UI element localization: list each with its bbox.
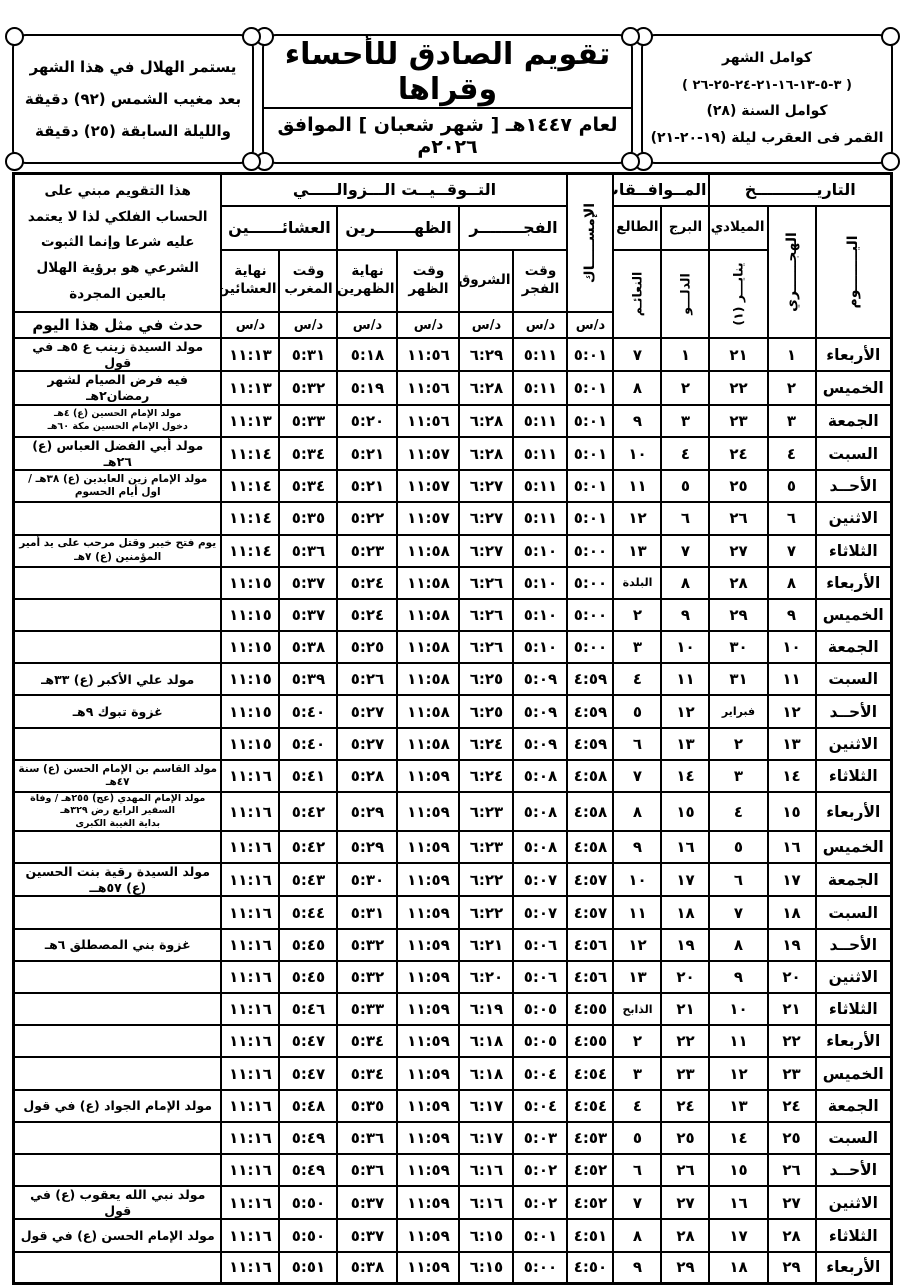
- fajr-time-cell: ٥:٠١: [513, 1219, 567, 1251]
- fajr-time-cell: ٥:٠٧: [513, 863, 567, 896]
- fajr-time-cell: ٥:١٠: [513, 567, 567, 599]
- tali-day-cell: البلدة: [613, 567, 661, 599]
- fajr-unit: د/س: [513, 312, 567, 338]
- imsak-time-cell: ٤:٥٠: [567, 1252, 613, 1284]
- hijri-date-cell: ٢٦: [768, 1154, 816, 1186]
- burj-day-cell: ١٤: [661, 760, 709, 792]
- maghrib-time-cell: ٥:٤٩: [279, 1154, 337, 1186]
- month-completions-box: كوامل الشهر ( ٣-٥-١٣-١٦-٢١-٢٤-٢٥-٢٦ ) كو…: [641, 34, 893, 164]
- table-row: الأحــد١٢فبراير١٢٥٤:٥٩٥:٠٩٦:٢٥١١:٥٨٥:٢٧٥…: [14, 695, 892, 727]
- dhuhrain-end-time-cell: ٥:٣٨: [337, 1252, 397, 1284]
- maghrib-time-cell: ٥:٤٥: [279, 929, 337, 961]
- fajr-time-cell: ٥:١١: [513, 470, 567, 502]
- table-row: الأربعاء٢٩١٨٢٩٩٤:٥٠٥:٠٠٦:١٥١١:٥٩٥:٣٨٥:٥١…: [14, 1252, 892, 1284]
- maghrib-time-cell: ٥:٥٠: [279, 1219, 337, 1251]
- burj-day-cell: ١٧: [661, 863, 709, 896]
- title-box: تقويم الصادق للأحساء وقراها لعام ١٤٤٧هـ …: [262, 34, 633, 164]
- gregorian-date-cell: ١١: [709, 1025, 767, 1057]
- maghrib-time-cell: ٥:٤٩: [279, 1122, 337, 1154]
- burj-day-cell: ٢٩: [661, 1252, 709, 1284]
- imsak-time-cell: ٤:٥٢: [567, 1154, 613, 1186]
- gregorian-date-cell: ١٧: [709, 1219, 767, 1251]
- fajr-time-cell: ٥:١١: [513, 405, 567, 437]
- dhuhrain-end-time-cell: ٥:٢٠: [337, 405, 397, 437]
- ishaain-end-time-cell: ١١:١٦: [221, 896, 279, 928]
- gregorian-date-cell: ٢٥: [709, 470, 767, 502]
- tali-day-cell: ١٣: [613, 535, 661, 567]
- tali-day-cell: ١١: [613, 470, 661, 502]
- dhuhr-time-cell: ١١:٥٩: [397, 863, 459, 896]
- maghrib-time-cell: ٥:٣٨: [279, 631, 337, 663]
- fajr-time-cell: ٥:٠٢: [513, 1154, 567, 1186]
- table-row: الخميس١٦٥١٦٩٤:٥٨٥:٠٨٦:٢٣١١:٥٩٥:٢٩٥:٤٢١١:…: [14, 831, 892, 863]
- hijri-date-cell: ١٦: [768, 831, 816, 863]
- dhuhr-time-cell: ١١:٥٧: [397, 437, 459, 470]
- corner-ornament: [881, 152, 900, 171]
- fajr-time-cell: ٥:٠٧: [513, 896, 567, 928]
- header-muwafaqat-group: المــوافــقات: [613, 174, 709, 206]
- ishaain-end-time-cell: ١١:١٦: [221, 1219, 279, 1251]
- gregorian-date-cell: فبراير: [709, 695, 767, 727]
- gregorian-date-cell: ١٦: [709, 1186, 767, 1219]
- sunrise-time-cell: ٦:٢٤: [459, 728, 513, 760]
- dhuhrain-end-unit: د/س: [337, 312, 397, 338]
- dhuhr-time-cell: ١١:٥٨: [397, 631, 459, 663]
- table-row: الخميس٩٢٩٩٢٥:٠٠٥:١٠٦:٢٦١١:٥٨٥:٢٤٥:٣٧١١:١…: [14, 599, 892, 631]
- hijri-date-cell: ٢٠: [768, 961, 816, 993]
- burj-day-cell: ١١: [661, 663, 709, 695]
- sunrise-time-cell: ٦:١٨: [459, 1025, 513, 1057]
- maghrib-time-cell: ٥:٣٧: [279, 567, 337, 599]
- event-cell: [14, 896, 222, 928]
- event-cell: [14, 1154, 222, 1186]
- table-row: الأحــد١٩٨١٩١٢٤:٥٦٥:٠٦٦:٢١١١:٥٩٥:٣٢٥:٤٥١…: [14, 929, 892, 961]
- day-cell: الثلاثاء: [816, 993, 892, 1025]
- header-dhuhrain-group: الظهـــــــرين: [337, 206, 459, 250]
- fajr-time-cell: ٥:٠٦: [513, 929, 567, 961]
- dhuhrain-end-time-cell: ٥:٢١: [337, 470, 397, 502]
- hijri-date-cell: ١١: [768, 663, 816, 695]
- fajr-time-cell: ٥:٠٤: [513, 1090, 567, 1122]
- gregorian-date-cell: ٣١: [709, 663, 767, 695]
- imsak-time-cell: ٤:٥١: [567, 1219, 613, 1251]
- dhuhrain-end-time-cell: ٥:٣٧: [337, 1186, 397, 1219]
- ishaain-end-time-cell: ١١:١٣: [221, 338, 279, 371]
- ishaain-end-time-cell: ١١:١٦: [221, 831, 279, 863]
- sunrise-time-cell: ٦:٢٥: [459, 663, 513, 695]
- maghrib-time-cell: ٥:٤١: [279, 760, 337, 792]
- sunrise-time-cell: ٦:١٦: [459, 1154, 513, 1186]
- day-cell: الأحــد: [816, 1154, 892, 1186]
- event-cell: مولد السيدة زينب ع ٥هـ في قول: [14, 338, 222, 371]
- burj-day-cell: ١٢: [661, 695, 709, 727]
- ishaain-end-time-cell: ١١:١٦: [221, 1025, 279, 1057]
- ishaain-end-time-cell: ١١:١٣: [221, 371, 279, 404]
- hijri-date-cell: ٧: [768, 535, 816, 567]
- tali-day-cell: ٧: [613, 1186, 661, 1219]
- disclaimer-text: هذا التقويم مبني على الحساب الفلكي لذا ل…: [14, 174, 222, 313]
- ishaain-end-time-cell: ١١:١٥: [221, 728, 279, 760]
- hijri-date-cell: ١٣: [768, 728, 816, 760]
- imsak-time-cell: ٤:٥٦: [567, 961, 613, 993]
- imsak-time-cell: ٤:٥٨: [567, 760, 613, 792]
- corner-ornament: [242, 27, 261, 46]
- event-cell: [14, 599, 222, 631]
- tali-day-cell: ٩: [613, 405, 661, 437]
- ishaain-end-time-cell: ١١:١٥: [221, 567, 279, 599]
- header-event: حدث في مثل هذا اليوم: [14, 312, 222, 338]
- ishaain-end-time-cell: ١١:١٥: [221, 695, 279, 727]
- day-cell: الثلاثاء: [816, 535, 892, 567]
- maghrib-unit: د/س: [279, 312, 337, 338]
- dhuhr-time-cell: ١١:٥٩: [397, 1090, 459, 1122]
- dhuhr-time-cell: ١١:٥٨: [397, 695, 459, 727]
- tali-day-cell: ٥: [613, 1122, 661, 1154]
- tali-day-cell: ٧: [613, 338, 661, 371]
- table-row: الجمعة١٧٦١٧١٠٤:٥٧٥:٠٧٦:٢٢١١:٥٩٥:٣٠٥:٤٣١١…: [14, 863, 892, 896]
- dhuhr-time-cell: ١١:٥٩: [397, 1057, 459, 1089]
- gregorian-date-cell: ١٨: [709, 1252, 767, 1284]
- dhuhr-time-cell: ١١:٥٨: [397, 567, 459, 599]
- event-cell: مولد نبي الله يعقوب (ع) في قول: [14, 1186, 222, 1219]
- calendar-title: تقويم الصادق للأحساء وقراها: [264, 36, 631, 109]
- fajr-time-cell: ٥:٠٥: [513, 1025, 567, 1057]
- year-completions: كوامل السنة (٢٨): [643, 98, 891, 125]
- calendar-page: كوامل الشهر ( ٣-٥-١٣-١٦-٢١-٢٤-٢٥-٢٦ ) كو…: [0, 0, 905, 1280]
- gregorian-date-cell: ٢٦: [709, 502, 767, 534]
- calendar-subtitle: لعام ١٤٤٧هـ [ شهر شعبان ] الموافق ٢٠٢٦م: [264, 109, 631, 162]
- tali-day-cell: ٣: [613, 631, 661, 663]
- imsak-time-cell: ٤:٥٩: [567, 663, 613, 695]
- event-cell: مولد علي الأكبر (ع) ٣٣هـ: [14, 663, 222, 695]
- fajr-time-cell: ٥:٠٨: [513, 760, 567, 792]
- day-cell: السبت: [816, 1122, 892, 1154]
- header-fajr-group: الفجــــــــر: [459, 206, 567, 250]
- gregorian-date-cell: ٢٨: [709, 567, 767, 599]
- fajr-time-cell: ٥:١٠: [513, 535, 567, 567]
- gregorian-date-cell: ١٠: [709, 993, 767, 1025]
- header-maghrib-time: وقت المغرب: [279, 250, 337, 312]
- gregorian-date-cell: ٢٣: [709, 405, 767, 437]
- day-cell: الخميس: [816, 1057, 892, 1089]
- burj-day-cell: ٨: [661, 567, 709, 599]
- event-cell: [14, 567, 222, 599]
- event-cell: مولد الإمام زين العابدين (ع) ٣٨هـ / اول …: [14, 470, 222, 502]
- sunrise-time-cell: ٦:٢٩: [459, 338, 513, 371]
- event-cell: [14, 1025, 222, 1057]
- header-dhuhr-time: وقت الظهر: [397, 250, 459, 312]
- imsak-time-cell: ٤:٥٤: [567, 1090, 613, 1122]
- header-burj-name: الدلـــو: [661, 250, 709, 338]
- tali-day-cell: ١٢: [613, 929, 661, 961]
- fajr-time-cell: ٥:٠٠: [513, 1252, 567, 1284]
- ishaain-end-time-cell: ١١:١٦: [221, 760, 279, 792]
- fajr-time-cell: ٥:١١: [513, 502, 567, 534]
- ishaain-end-time-cell: ١١:١٣: [221, 405, 279, 437]
- corner-ornament: [881, 27, 900, 46]
- maghrib-time-cell: ٥:٤٢: [279, 831, 337, 863]
- dhuhrain-end-time-cell: ٥:٣٣: [337, 993, 397, 1025]
- burj-day-cell: ١: [661, 338, 709, 371]
- fajr-time-cell: ٥:٠٢: [513, 1186, 567, 1219]
- maghrib-time-cell: ٥:٣٦: [279, 535, 337, 567]
- ishaain-end-time-cell: ١١:١٥: [221, 663, 279, 695]
- header-ishaain-group: العشائــــــين: [221, 206, 337, 250]
- header-dhuhrain-end: نهاية الظهرين: [337, 250, 397, 312]
- event-cell: مولد الإمام الحسن (ع) في قول: [14, 1219, 222, 1251]
- sunrise-time-cell: ٦:٢٦: [459, 631, 513, 663]
- burj-day-cell: ٩: [661, 599, 709, 631]
- sunrise-time-cell: ٦:٢٧: [459, 502, 513, 534]
- tali-day-cell: ٤: [613, 663, 661, 695]
- header-gregorian-month: ينايـــر (١): [709, 250, 767, 338]
- fajr-time-cell: ٥:١١: [513, 338, 567, 371]
- corner-ornament: [242, 152, 261, 171]
- ishaain-end-time-cell: ١١:١٦: [221, 1154, 279, 1186]
- imsak-time-cell: ٤:٥٧: [567, 896, 613, 928]
- tali-day-cell: ١١: [613, 896, 661, 928]
- tali-day-cell: ٩: [613, 831, 661, 863]
- table-row: الخميس٢٣١٢٢٣٣٤:٥٤٥:٠٤٦:١٨١١:٥٩٥:٣٤٥:٤٧١١…: [14, 1057, 892, 1089]
- tali-day-cell: ٩: [613, 1252, 661, 1284]
- ishaain-end-time-cell: ١١:١٦: [221, 993, 279, 1025]
- tali-day-cell: ٦: [613, 1154, 661, 1186]
- sunrise-time-cell: ٦:٢٦: [459, 567, 513, 599]
- crescent-note-line1: يستمر الهلال في هذا الشهر: [14, 51, 252, 83]
- day-cell: الثلاثاء: [816, 1219, 892, 1251]
- header-tali: الطالع: [613, 206, 661, 250]
- event-cell: مولد أبي الفضل العباس (ع) ٢٦هـ: [14, 437, 222, 470]
- ishaain-end-time-cell: ١١:١٦: [221, 961, 279, 993]
- ishaain-end-time-cell: ١١:١٦: [221, 1090, 279, 1122]
- hijri-date-cell: ٢٧: [768, 1186, 816, 1219]
- corner-ornament: [5, 152, 24, 171]
- header-sunrise: الشروق: [459, 250, 513, 312]
- event-cell: [14, 728, 222, 760]
- dhuhrain-end-time-cell: ٥:٢٥: [337, 631, 397, 663]
- gregorian-date-cell: ١٢: [709, 1057, 767, 1089]
- imsak-time-cell: ٥:٠٠: [567, 567, 613, 599]
- imsak-time-cell: ٥:٠١: [567, 405, 613, 437]
- gregorian-date-cell: ٨: [709, 929, 767, 961]
- hijri-date-cell: ١٤: [768, 760, 816, 792]
- fajr-time-cell: ٥:١٠: [513, 631, 567, 663]
- fajr-time-cell: ٥:٠٦: [513, 961, 567, 993]
- dhuhrain-end-time-cell: ٥:٣٤: [337, 1025, 397, 1057]
- fajr-time-cell: ٥:١١: [513, 371, 567, 404]
- sunrise-time-cell: ٦:٢٥: [459, 695, 513, 727]
- ishaain-end-time-cell: ١١:١٥: [221, 631, 279, 663]
- gregorian-date-cell: ٢: [709, 728, 767, 760]
- table-row: الأربعاء١٥٤١٥٨٤:٥٨٥:٠٨٦:٢٣١١:٥٩٥:٢٩٥:٤٢١…: [14, 792, 892, 831]
- imsak-time-cell: ٥:٠١: [567, 502, 613, 534]
- dhuhr-time-cell: ١١:٥٩: [397, 993, 459, 1025]
- fajr-time-cell: ٥:١٠: [513, 599, 567, 631]
- maghrib-time-cell: ٥:٣٩: [279, 663, 337, 695]
- imsak-time-cell: ٤:٥٩: [567, 695, 613, 727]
- sunrise-unit: د/س: [459, 312, 513, 338]
- burj-day-cell: ٢١: [661, 993, 709, 1025]
- dhuhrain-end-time-cell: ٥:٢٨: [337, 760, 397, 792]
- day-cell: الخميس: [816, 599, 892, 631]
- hijri-date-cell: ١٠: [768, 631, 816, 663]
- hijri-date-cell: ٢: [768, 371, 816, 404]
- table-row: الثلاثاء١٤٣١٤٧٤:٥٨٥:٠٨٦:٢٤١١:٥٩٥:٢٨٥:٤١١…: [14, 760, 892, 792]
- dhuhrain-end-time-cell: ٥:٢٦: [337, 663, 397, 695]
- sunrise-time-cell: ٦:١٩: [459, 993, 513, 1025]
- event-cell: [14, 1057, 222, 1089]
- maghrib-time-cell: ٥:٤٣: [279, 863, 337, 896]
- maghrib-time-cell: ٥:٤٦: [279, 993, 337, 1025]
- burj-day-cell: ٢٣: [661, 1057, 709, 1089]
- maghrib-time-cell: ٥:٤٢: [279, 792, 337, 831]
- dhuhrain-end-time-cell: ٥:٢٩: [337, 792, 397, 831]
- burj-day-cell: ٢٥: [661, 1122, 709, 1154]
- dhuhr-time-cell: ١١:٥٦: [397, 405, 459, 437]
- table-row: الجمعة٣٢٣٣٩٥:٠١٥:١١٦:٢٨١١:٥٦٥:٢٠٥:٣٣١١:١…: [14, 405, 892, 437]
- moon-in-scorpio-nights: القمر فى العقرب ليلة (١٩-٢٠-٢١): [643, 125, 891, 152]
- table-row: الثلاثاء٢٨١٧٢٨٨٤:٥١٥:٠١٦:١٥١١:٥٩٥:٣٧٥:٥٠…: [14, 1219, 892, 1251]
- hijri-date-cell: ٢٥: [768, 1122, 816, 1154]
- day-cell: السبت: [816, 896, 892, 928]
- fajr-time-cell: ٥:٠٤: [513, 1057, 567, 1089]
- tali-day-cell: ٤: [613, 1090, 661, 1122]
- burj-day-cell: ٢٢: [661, 1025, 709, 1057]
- table-row: السبت٤٢٤٤١٠٥:٠١٥:١١٦:٢٨١١:٥٧٥:٢١٥:٣٤١١:١…: [14, 437, 892, 470]
- table-row: السبت٢٥١٤٢٥٥٤:٥٣٥:٠٣٦:١٧١١:٥٩٥:٣٦٥:٤٩١١:…: [14, 1122, 892, 1154]
- maghrib-time-cell: ٥:٤٤: [279, 896, 337, 928]
- hijri-date-cell: ٤: [768, 437, 816, 470]
- dhuhr-time-cell: ١١:٥٩: [397, 831, 459, 863]
- table-row: الاثنين١٣٢١٣٦٤:٥٩٥:٠٩٦:٢٤١١:٥٨٥:٢٧٥:٤٠١١…: [14, 728, 892, 760]
- day-cell: الجمعة: [816, 1090, 892, 1122]
- burj-day-cell: ٢٨: [661, 1219, 709, 1251]
- day-cell: الخميس: [816, 371, 892, 404]
- tali-day-cell: ٧: [613, 760, 661, 792]
- gregorian-date-cell: ٩: [709, 961, 767, 993]
- hijri-date-cell: ١٨: [768, 896, 816, 928]
- hijri-date-cell: ٩: [768, 599, 816, 631]
- sunrise-time-cell: ٦:١٨: [459, 1057, 513, 1089]
- event-cell: مولد الإمام المهدي (عج) ٢٥٥هـ / وفاة الس…: [14, 792, 222, 831]
- imsak-time-cell: ٥:٠٠: [567, 631, 613, 663]
- dhuhr-time-cell: ١١:٥٩: [397, 1252, 459, 1284]
- imsak-time-cell: ٥:٠١: [567, 371, 613, 404]
- imsak-time-cell: ٤:٥٣: [567, 1122, 613, 1154]
- table-row: الاثنين٢٧١٦٢٧٧٤:٥٢٥:٠٢٦:١٦١١:٥٩٥:٣٧٥:٥٠١…: [14, 1186, 892, 1219]
- day-cell: الأربعاء: [816, 338, 892, 371]
- corner-ornament: [621, 27, 640, 46]
- day-cell: الأحــد: [816, 695, 892, 727]
- dhuhr-time-cell: ١١:٥٨: [397, 599, 459, 631]
- gregorian-date-cell: ٣٠: [709, 631, 767, 663]
- sunrise-time-cell: ٦:٢٤: [459, 760, 513, 792]
- hijri-date-cell: ٢٤: [768, 1090, 816, 1122]
- maghrib-time-cell: ٥:٣٥: [279, 502, 337, 534]
- hijri-date-cell: ٣: [768, 405, 816, 437]
- hijri-date-cell: ١٥: [768, 792, 816, 831]
- hijri-date-cell: ١٢: [768, 695, 816, 727]
- dhuhrain-end-time-cell: ٥:٢٧: [337, 728, 397, 760]
- dhuhrain-end-time-cell: ٥:٣٦: [337, 1122, 397, 1154]
- ishaain-end-time-cell: ١١:١٤: [221, 470, 279, 502]
- dhuhr-time-cell: ١١:٥٧: [397, 470, 459, 502]
- maghrib-time-cell: ٥:٤٨: [279, 1090, 337, 1122]
- calendar-body: الأربعاء١٢١١٧٥:٠١٥:١١٦:٢٩١١:٥٦٥:١٨٥:٣١١١…: [14, 338, 892, 1284]
- tali-day-cell: ٨: [613, 792, 661, 831]
- hijri-date-cell: ٨: [768, 567, 816, 599]
- corner-ornament: [621, 152, 640, 171]
- imsak-time-cell: ٥:٠٠: [567, 599, 613, 631]
- gregorian-date-cell: ٣: [709, 760, 767, 792]
- day-cell: الأحــد: [816, 929, 892, 961]
- dhuhrain-end-time-cell: ٥:٣٧: [337, 1219, 397, 1251]
- ishaain-end-time-cell: ١١:١٦: [221, 929, 279, 961]
- fajr-time-cell: ٥:٠٨: [513, 831, 567, 863]
- event-cell: يوم فتح خيبر وقتل مرحب على يد أمير المؤم…: [14, 535, 222, 567]
- dhuhrain-end-time-cell: ٥:١٩: [337, 371, 397, 404]
- header-burj: البرج: [661, 206, 709, 250]
- hijri-date-cell: ٢٩: [768, 1252, 816, 1284]
- gregorian-date-cell: ١٥: [709, 1154, 767, 1186]
- tali-day-cell: ٨: [613, 1219, 661, 1251]
- day-cell: الجمعة: [816, 863, 892, 896]
- calendar-table: التاريـــــــــــخ المــوافــقات الإمســ…: [12, 172, 893, 1285]
- maghrib-time-cell: ٥:٤٥: [279, 961, 337, 993]
- fajr-time-cell: ٥:٠٨: [513, 792, 567, 831]
- table-row: الثلاثاء٧٢٧٧١٣٥:٠٠٥:١٠٦:٢٧١١:٥٨٥:٢٣٥:٣٦١…: [14, 535, 892, 567]
- table-row: السبت١٨٧١٨١١٤:٥٧٥:٠٧٦:٢٢١١:٥٩٥:٣١٥:٤٤١١:…: [14, 896, 892, 928]
- burj-day-cell: ٣: [661, 405, 709, 437]
- dhuhr-time-cell: ١١:٥٦: [397, 371, 459, 404]
- sunrise-time-cell: ٦:٢٣: [459, 831, 513, 863]
- tali-day-cell: ٨: [613, 371, 661, 404]
- crescent-note-box: يستمر الهلال في هذا الشهر بعد مغيب الشمس…: [12, 34, 254, 164]
- dhuhrain-end-time-cell: ٥:٣٤: [337, 1057, 397, 1089]
- burj-day-cell: ٢٠: [661, 961, 709, 993]
- fajr-time-cell: ٥:٠٩: [513, 695, 567, 727]
- table-row: الأربعاء١٢١١٧٥:٠١٥:١١٦:٢٩١١:٥٦٥:١٨٥:٣١١١…: [14, 338, 892, 371]
- event-cell: غزوة بني المصطلق ٦هـ: [14, 929, 222, 961]
- gregorian-date-cell: ٥: [709, 831, 767, 863]
- imsak-unit: د/س: [567, 312, 613, 338]
- sunrise-time-cell: ٦:٢٢: [459, 896, 513, 928]
- maghrib-time-cell: ٥:٣٤: [279, 437, 337, 470]
- dhuhrain-end-time-cell: ٥:٢٤: [337, 599, 397, 631]
- ishaain-end-time-cell: ١١:١٦: [221, 1252, 279, 1284]
- event-cell: [14, 502, 222, 534]
- imsak-time-cell: ٤:٥٦: [567, 929, 613, 961]
- gregorian-date-cell: ٢٧: [709, 535, 767, 567]
- event-cell: [14, 1122, 222, 1154]
- dhuhr-time-cell: ١١:٥٩: [397, 896, 459, 928]
- table-row: الاثنين٦٢٦٦١٢٥:٠١٥:١١٦:٢٧١١:٥٧٥:٢٢٥:٣٥١١…: [14, 502, 892, 534]
- maghrib-time-cell: ٥:٤٧: [279, 1057, 337, 1089]
- imsak-time-cell: ٤:٥٤: [567, 1057, 613, 1089]
- tali-day-cell: ١٢: [613, 502, 661, 534]
- fajr-time-cell: ٥:٠٩: [513, 663, 567, 695]
- dhuhr-time-cell: ١١:٥٩: [397, 929, 459, 961]
- day-cell: الجمعة: [816, 405, 892, 437]
- gregorian-date-cell: ١٣: [709, 1090, 767, 1122]
- crescent-note-line2: بعد مغيب الشمس (٩٢) دقيقة: [14, 83, 252, 115]
- imsak-time-cell: ٤:٥٩: [567, 728, 613, 760]
- day-cell: الأربعاء: [816, 792, 892, 831]
- dhuhrain-end-time-cell: ٥:٢٩: [337, 831, 397, 863]
- event-cell: [14, 831, 222, 863]
- day-cell: الاثنين: [816, 1186, 892, 1219]
- sunrise-time-cell: ٦:٢٧: [459, 470, 513, 502]
